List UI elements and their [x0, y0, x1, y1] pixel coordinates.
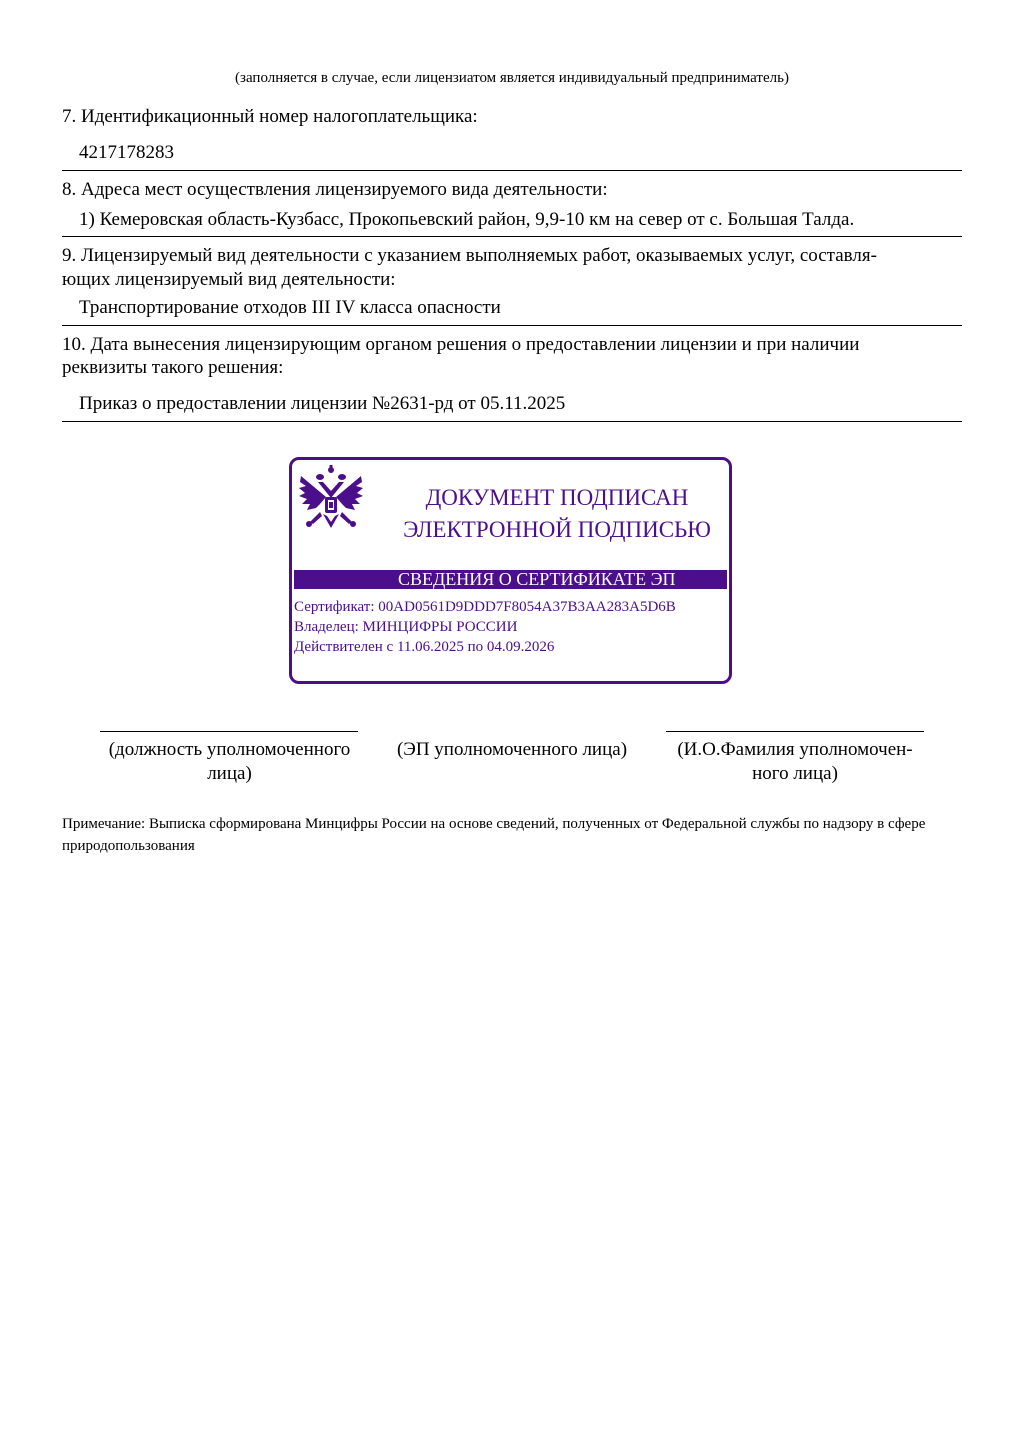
divider [62, 170, 962, 171]
electronic-signature-stamp: ДОКУМЕНТ ПОДПИСАН ЭЛЕКТРОННОЙ ПОДПИСЬЮ С… [289, 457, 732, 684]
name-caption-line1: (И.О.Фамилия уполномочен- [660, 738, 930, 762]
stamp-title-line2: ЭЛЕКТРОННОЙ ПОДПИСЬЮ [392, 514, 722, 546]
russian-coat-of-arms-icon [296, 464, 366, 534]
inn-value: 4217178283 [79, 142, 174, 164]
signature-caption: (ЭП уполномоченного лица) [382, 738, 642, 762]
certificate-validity: Действителен с 11.06.2025 по 04.09.2026 [294, 637, 676, 657]
name-caption-line2: ного лица) [660, 762, 930, 786]
footnote: Примечание: Выписка сформирована Минцифр… [62, 813, 962, 857]
section-7-label: 7. Идентификационный номер налогоплатель… [62, 106, 478, 128]
divider [62, 236, 962, 237]
position-caption: (должность уполномоченного лица) [92, 738, 367, 786]
certificate-info-header: СВЕДЕНИЯ О СЕРТИФИКАТЕ ЭП [294, 570, 727, 589]
address-value: 1) Кемеровская область-Кузбасс, Прокопье… [79, 209, 854, 231]
name-caption: (И.О.Фамилия уполномочен- ного лица) [660, 738, 930, 786]
certificate-owner: Владелец: МИНЦИФРЫ РОССИИ [294, 617, 676, 637]
decision-value: Приказ о предоставлении лицензии №2631-р… [79, 393, 565, 415]
activity-value: Транспортирование отходов III IV класса … [79, 297, 501, 319]
section-8-label: 8. Адреса мест осуществления лицензируем… [62, 179, 608, 201]
position-signature-line [100, 731, 358, 732]
header-note: (заполняется в случае, если лицензиатом … [0, 70, 1024, 87]
section-9-label-line2: ющих лицензируемый вид деятельности: [62, 269, 396, 291]
section-9-label-line1: 9. Лицензируемый вид деятельности с указ… [62, 245, 877, 267]
section-10-label-line1: 10. Дата вынесения лицензирующим органом… [62, 334, 859, 356]
divider [62, 325, 962, 326]
stamp-title-line1: ДОКУМЕНТ ПОДПИСАН [392, 482, 722, 514]
divider [62, 421, 962, 422]
section-10-label-line2: реквизиты такого решения: [62, 357, 283, 379]
name-signature-line [666, 731, 924, 732]
certificate-number: Сертификат: 00AD0561D9DDD7F8054A37B3AA28… [294, 597, 676, 617]
